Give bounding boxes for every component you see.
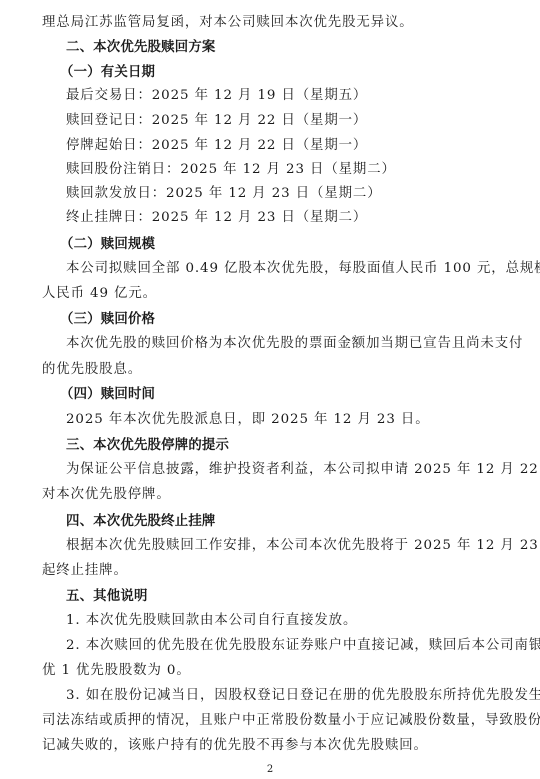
section-heading-other: 五、其他说明 <box>66 588 484 606</box>
section-heading-suspension: 三、本次优先股停牌的提示 <box>66 437 484 455</box>
paragraph-price-line2: 的优先股股息。 <box>42 361 484 379</box>
date-suspension-start: 停牌起始日：2025 年 12 月 22 日（星期一） <box>66 137 484 155</box>
date-record-date: 赎回登记日：2025 年 12 月 22 日（星期一） <box>66 112 484 130</box>
paragraph-other-2-line2: 优 1 优先股股数为 0。 <box>42 662 484 680</box>
paragraph-delisting-line2: 起终止挂牌。 <box>42 562 484 580</box>
paragraph-scale-line1: 本公司拟赎回全部 0.49 亿股本次优先股，每股面值人民币 100 元，总规模 <box>66 260 484 278</box>
section-heading-redemption-plan: 二、本次优先股赎回方案 <box>66 39 484 57</box>
paragraph-other-3-line3: 记减失败的，该账户持有的优先股不再参与本次优先股赎回。 <box>42 737 484 755</box>
paragraph-continuation: 理总局江苏监管局复函，对本公司赎回本次优先股无异议。 <box>42 14 484 32</box>
subheading-relevant-dates: （一）有关日期 <box>60 64 502 82</box>
subheading-redemption-time: （四）赎回时间 <box>60 386 502 404</box>
paragraph-suspension-line2: 对本次优先股停牌。 <box>42 486 484 504</box>
paragraph-other-2-line1: 2. 本次赎回的优先股在优先股股东证券账户中直接记减，赎回后本公司南银 <box>66 637 484 655</box>
paragraph-other-3-line2: 司法冻结或质押的情况，且账户中正常股份数量小于应记减股份数量，导致股份 <box>42 712 484 730</box>
paragraph-scale-line2: 人民币 49 亿元。 <box>42 285 484 303</box>
subheading-redemption-price: （三）赎回价格 <box>60 311 502 329</box>
paragraph-suspension-line1: 为保证公平信息披露，维护投资者利益，本公司拟申请 2025 年 12 月 22 … <box>66 461 484 479</box>
date-share-cancellation: 赎回股份注销日：2025 年 12 月 23 日（星期二） <box>66 161 484 179</box>
date-delisting: 终止挂牌日：2025 年 12 月 23 日（星期二） <box>66 209 484 227</box>
date-payment: 赎回款发放日：2025 年 12 月 23 日（星期二） <box>66 185 484 203</box>
section-heading-delisting: 四、本次优先股终止挂牌 <box>66 513 484 531</box>
paragraph-other-1: 1. 本次优先股赎回款由本公司自行直接发放。 <box>66 612 484 630</box>
paragraph-other-3-line1: 3. 如在股份记减当日，因股权登记日登记在册的优先股股东所持优先股发生 <box>66 687 484 705</box>
subheading-redemption-scale: （二）赎回规模 <box>60 236 502 254</box>
page-number: 2 <box>0 764 540 775</box>
paragraph-time: 2025 年本次优先股派息日，即 2025 年 12 月 23 日。 <box>66 411 484 429</box>
date-last-trading-day: 最后交易日：2025 年 12 月 19 日（星期五） <box>66 87 484 105</box>
paragraph-price-line1: 本次优先股的赎回价格为本次优先股的票面金额加当期已宣告且尚未支付 <box>66 335 484 353</box>
paragraph-delisting-line1: 根据本次优先股赎回工作安排，本公司本次优先股将于 2025 年 12 月 23 … <box>66 537 484 555</box>
